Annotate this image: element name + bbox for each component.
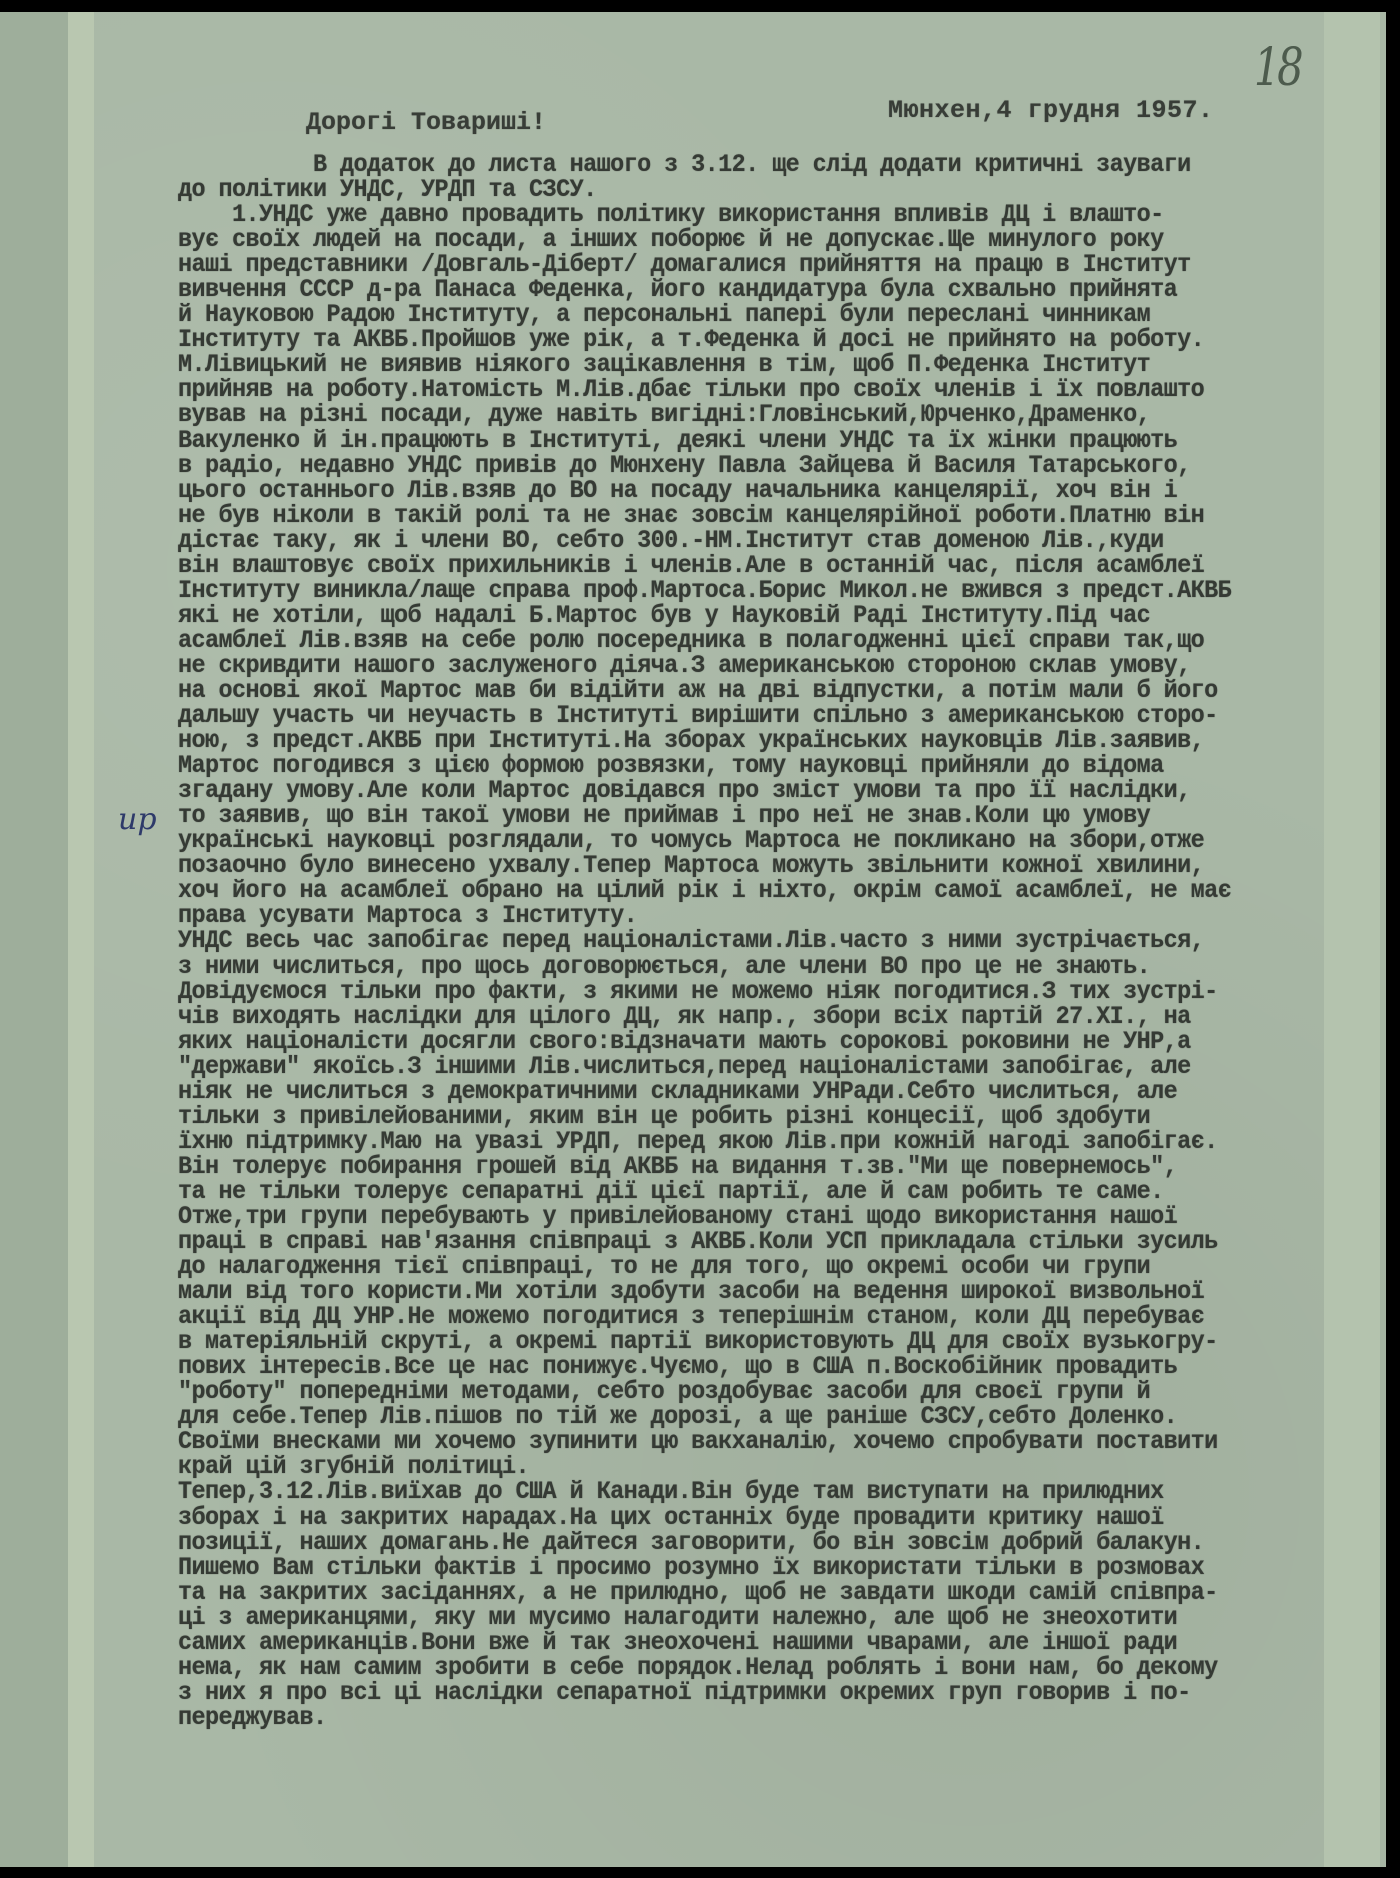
text-line: пових інтересів.Все це нас понижує.Чуємо… <box>178 1354 1378 1380</box>
text-line: чів виходять наслідки для цілого ДЦ, як … <box>178 1004 1378 1030</box>
handwritten-page-number: 18 <box>1254 38 1301 98</box>
text-line: Отже,три групи перебувають у привілейова… <box>178 1204 1378 1230</box>
text-line: Інституту виникла/лаще справа проф.Марто… <box>178 578 1378 604</box>
text-line: вує своїх людей на посади, а інших побор… <box>178 227 1378 253</box>
text-line: з ними числиться, про щось договорюється… <box>178 954 1378 980</box>
text-line: "держави" якоїсь.З іншими Лів.числиться,… <box>178 1054 1378 1080</box>
date-line: Мюнхен,4 грудня 1957. <box>888 96 1214 125</box>
text-line: й Науковою Радою Інституту, а персональн… <box>178 302 1378 328</box>
text-line: вував на різні посади, дуже навіть вигід… <box>178 402 1378 428</box>
text-line: самих американців.Вони вже й так знеохоч… <box>178 1630 1378 1656</box>
text-line: асамблеї Лів.взяв на себе ролю посередни… <box>178 628 1378 654</box>
text-line: він влаштовує своїх прихильників і члені… <box>178 553 1378 579</box>
text-line: Пишемо Вам стільки фактів і просимо розу… <box>178 1555 1378 1581</box>
text-line: з них я про всі ці наслідки сепаратної п… <box>178 1680 1378 1706</box>
text-line: Інституту та АКВБ.Пройшов уже рік, а т.Ф… <box>178 327 1378 353</box>
text-line: згадану умову.Але коли Мартос довідався … <box>178 778 1378 804</box>
text-line: М.Лівицький не виявив ніякого зацікавлен… <box>178 352 1378 378</box>
text-line: вивчення СССР д-ра Панаса Феденка, його … <box>178 277 1378 303</box>
text-line: наші представники /Довгаль-Діберт/ домаг… <box>178 252 1378 278</box>
text-line: Мартос погодився з цією формою розвязки,… <box>178 753 1378 779</box>
text-line: які не хотіли, щоб надалі Б.Мартос був у… <box>178 603 1378 629</box>
text-line: переджував. <box>178 1705 1378 1731</box>
text-line: 1.УНДС уже давно провадить політику вико… <box>178 202 1378 228</box>
text-line: Тепер,3.12.Лів.виїхав до США й Канади.Ві… <box>178 1479 1378 1505</box>
scan-fold-strip <box>68 12 94 1867</box>
text-line: для себе.Тепер Лів.пішов по тій же дороз… <box>178 1404 1378 1430</box>
text-line: позиції, наших домагань.Не дайтеся загов… <box>178 1530 1378 1556</box>
text-line: дістає таку, як і члени ВО, себто 300.-Н… <box>178 528 1378 554</box>
text-line: українські науковці розглядали, то чомус… <box>178 828 1378 854</box>
text-line: ною, з предст.АКВБ при Інституті.На збор… <box>178 728 1378 754</box>
text-line: зборах і на закритих нарадах.На цих оста… <box>178 1505 1378 1531</box>
text-line: та не тільки толерує сепаратні дії цієї … <box>178 1179 1378 1205</box>
text-line: позаочно було винесено ухвалу.Тепер Март… <box>178 853 1378 879</box>
text-line: хоч його на асамблеї обрано на цілий рік… <box>178 878 1378 904</box>
text-line: нема, як нам самим зробити в себе порядо… <box>178 1655 1378 1681</box>
text-line: тільки з привілейованими, яким він це ро… <box>178 1104 1378 1130</box>
text-line: цього останнього Лів.взяв до ВО на посад… <box>178 478 1378 504</box>
text-line: дальшу участь чи неучасть в Інституті ви… <box>178 703 1378 729</box>
text-line: в радіо, недавно УНДС привів до Мюнхену … <box>178 453 1378 479</box>
text-line: в матеріяльній скруті, а окремі партії в… <box>178 1329 1378 1355</box>
text-line: то заявив, що він такої умови не приймав… <box>178 803 1378 829</box>
text-line: В додаток до листа нашого з 3.12. ще слі… <box>178 152 1378 178</box>
text-line: мали від того користи.Ми хотіли здобути … <box>178 1279 1378 1305</box>
text-line: їхню підтримку.Маю на увазі УРДП, перед … <box>178 1129 1378 1155</box>
text-line: до налагодження тієї співпраці, то не дл… <box>178 1254 1378 1280</box>
text-line: Вакуленко й ін.працюють в Інституті, дея… <box>178 428 1378 454</box>
letter-body: В додаток до листа нашого з 3.12. ще слі… <box>178 152 1378 1730</box>
text-line: та на закритих засіданнях, а не прилюдно… <box>178 1580 1378 1606</box>
text-line: ніяк не числиться з демократичними склад… <box>178 1079 1378 1105</box>
scan-edge-left <box>0 12 68 1867</box>
document-page: 18 Мюнхен,4 грудня 1957. Дорогі Товариші… <box>0 12 1386 1867</box>
text-line: УНДС весь час запобігає перед націоналіс… <box>178 928 1378 954</box>
text-line: ці з американцями, яку ми мусимо налагод… <box>178 1605 1378 1631</box>
text-line: яких націоналісти досягли свого:відзнача… <box>178 1029 1378 1055</box>
handwritten-margin-note: ир <box>118 802 157 837</box>
text-line: права усувати Мартоса з Інституту. <box>178 903 1378 929</box>
text-line: прийняв на роботу.Натомість М.Лів.дбає т… <box>178 377 1378 403</box>
text-line: не був ніколи в такій ролі та не знає зо… <box>178 503 1378 529</box>
text-line: акції від ДЦ УНР.Не можемо погодитися з … <box>178 1304 1378 1330</box>
text-line: праці в справі нав'язання співпраці з АК… <box>178 1229 1378 1255</box>
greeting: Дорогі Товариші! <box>306 108 546 137</box>
text-line: край цій згубній політиці. <box>178 1454 1378 1480</box>
text-line: Довідуємося тільки про факти, з якими не… <box>178 979 1378 1005</box>
text-line: Він толерує побирання грошей від АКВБ на… <box>178 1154 1378 1180</box>
text-line: на основі якої Мартос мав би відійти аж … <box>178 678 1378 704</box>
text-line: не скривдити нашого заслуженого діяча.З … <box>178 653 1378 679</box>
text-line: "роботу" попередніми методами, себто роз… <box>178 1379 1378 1405</box>
text-line: Своїми внесками ми хочемо зупинити цю ва… <box>178 1429 1378 1455</box>
text-line: до політики УНДС, УРДП та СЗСУ. <box>178 177 1378 203</box>
